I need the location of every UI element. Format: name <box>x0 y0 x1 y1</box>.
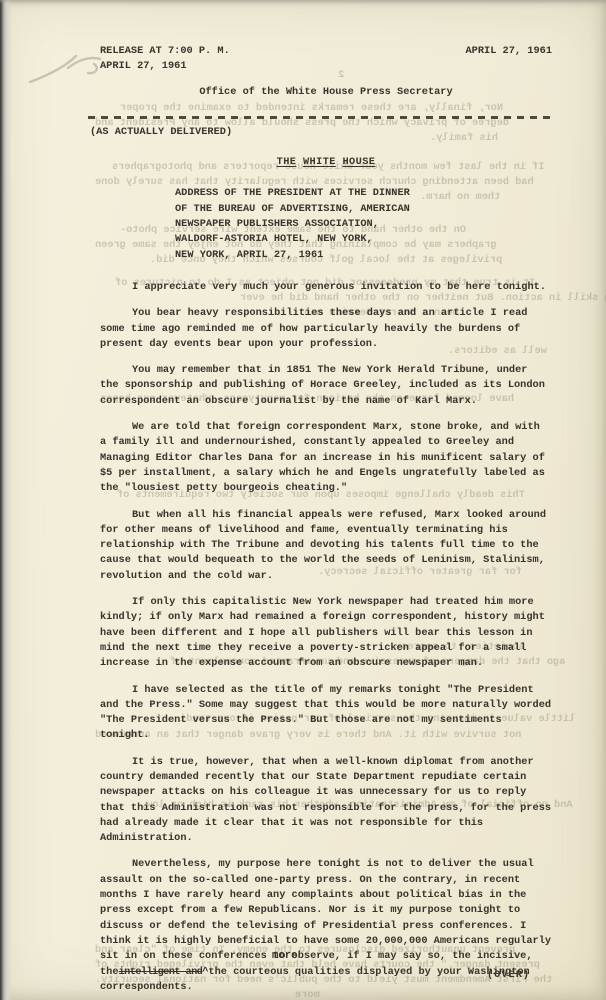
address-line: NEW YORK, APRIL 27, 1961 <box>175 248 552 263</box>
paragraph: It is true, however, that when a well-kn… <box>100 755 552 847</box>
scan-edge-top <box>0 0 606 4</box>
paragraph: If only this capitalistic New York newsp… <box>100 595 552 671</box>
speech-body: I appreciate very much your generous inv… <box>100 280 552 995</box>
release-header-row: RELEASE AT 7:00 P. M. APRIL 27, 1961 <box>100 44 552 59</box>
paragraph: I appreciate very much your generous inv… <box>100 280 552 295</box>
paragraph: You may remember that in 1851 The New Yo… <box>100 363 552 409</box>
dashed-separator <box>88 116 556 119</box>
header-date-right: APRIL 27, 1961 <box>465 44 552 59</box>
over-label: (OVER) <box>487 969 530 981</box>
more-continuation-label: more <box>272 950 297 962</box>
overtyped-correction: intelligent and <box>119 966 203 978</box>
paragraph: I have selected as the title of my remar… <box>100 683 552 744</box>
address-block: ADDRESS OF THE PRESIDENT AT THE DINNER O… <box>175 186 552 262</box>
address-line: WALDORF-ASTORIA HOTEL, NEW YORK, <box>175 232 552 247</box>
document-page: 2Nor, finally, are these remarks intende… <box>0 0 606 1000</box>
release-date-line: APRIL 27, 1961 <box>100 59 552 74</box>
typewritten-content: RELEASE AT 7:00 P. M. APRIL 27, 1961 APR… <box>0 0 606 1000</box>
release-time-line: RELEASE AT 7:00 P. M. <box>100 44 230 59</box>
paragraph-text: Nevertheless, my purpose here tonight is… <box>100 858 551 977</box>
title-word: THE <box>277 156 297 168</box>
paragraph: You bear heavy responsibilities these da… <box>100 306 552 352</box>
paragraph: We are told that foreign correspondent M… <box>100 420 552 496</box>
address-line: ADDRESS OF THE PRESIDENT AT THE DINNER <box>175 186 552 201</box>
office-line: Office of the White House Press Secretar… <box>100 85 552 100</box>
title-word: WHITE <box>303 156 336 168</box>
address-line: NEWSPAPER PUBLISHERS ASSOCIATION, <box>175 217 552 232</box>
document-title: THE WHITE HOUSE <box>100 155 552 170</box>
scan-edge-left <box>0 0 12 1000</box>
address-line: OF THE BUREAU OF ADVERTISING, AMERICAN <box>175 202 552 217</box>
paragraph-with-correction: Nevertheless, my purpose here tonight is… <box>100 857 552 995</box>
delivered-note: (AS ACTUALLY DELIVERED) <box>90 125 552 140</box>
paragraph: But when all his financial appeals were … <box>100 508 552 584</box>
title-word: HOUSE <box>342 156 375 168</box>
